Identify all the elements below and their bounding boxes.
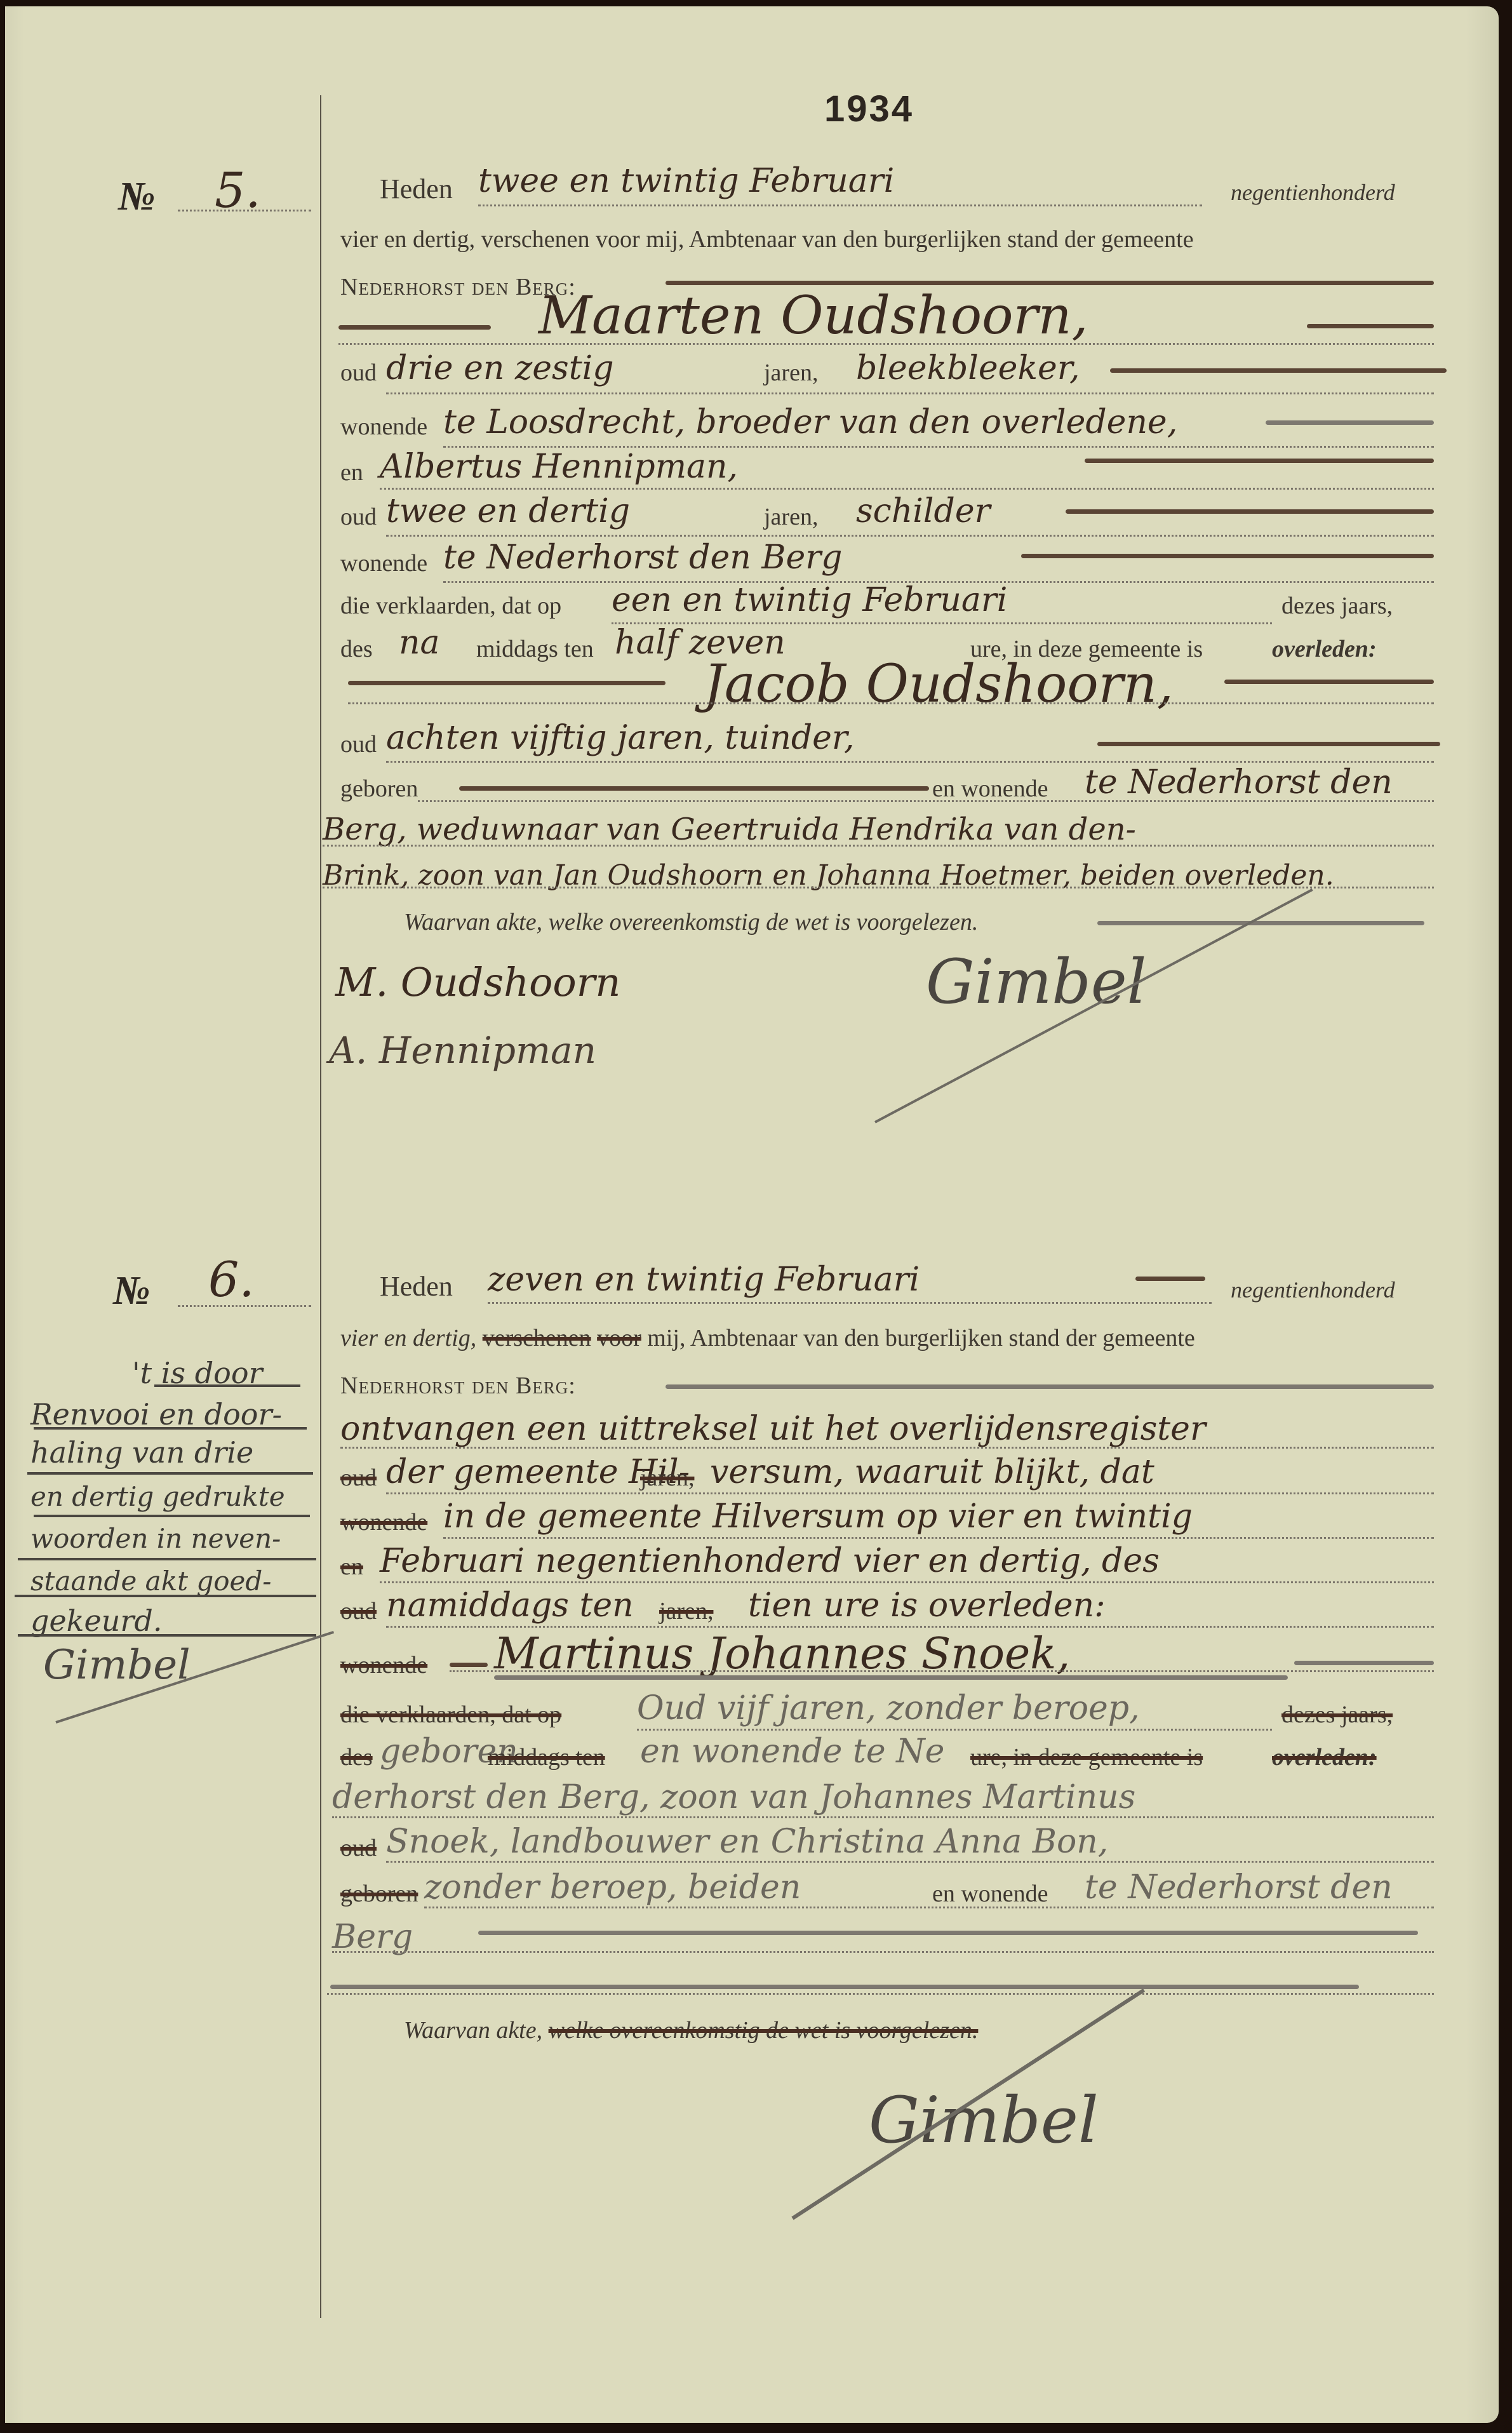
en-wonende-label: en wonende	[932, 775, 1048, 803]
struck-geboren: geboren	[340, 1880, 418, 1908]
dotted-line	[450, 1670, 1434, 1672]
struck-oud: oud	[340, 1834, 377, 1862]
residence: te Nederhorst den	[1085, 763, 1393, 801]
body-line-2b: versum, waaruit blijkt, dat	[710, 1453, 1154, 1491]
fill-stroke	[1294, 1661, 1434, 1665]
oud-label: oud	[340, 359, 377, 387]
dotted-line	[348, 702, 1434, 704]
fill-stroke	[1066, 509, 1434, 514]
signature-declarant-1: M. Oudshoorn	[335, 959, 620, 1005]
struck-verklaarden: die verklaarden, dat op	[340, 1701, 561, 1729]
note-rule	[34, 1515, 310, 1517]
struck-ure: ure, in deze gemeente is	[970, 1743, 1203, 1771]
name-underline	[494, 1675, 1288, 1680]
time-of-day: na	[399, 624, 440, 662]
des-label: des	[340, 635, 373, 663]
dotted-line	[478, 204, 1202, 206]
en-label: en	[340, 459, 363, 486]
dotted-line	[386, 1626, 1434, 1628]
wonende-label: wonende	[340, 549, 427, 577]
struck-voorgelezen: welke overeenkomstig de wet is voorgelez…	[549, 2017, 979, 2044]
note-rule	[18, 1558, 316, 1560]
dotted-line	[178, 210, 311, 211]
body-line-4: Februari negentienhonderd vier en dertig…	[380, 1542, 1160, 1580]
dotted-line	[327, 1993, 1434, 1995]
declarant2-residence: te Nederhorst den Berg	[443, 539, 842, 577]
declarant2-age: twee en dertig	[386, 492, 630, 530]
deceased-name: Jacob Oudshoorn,	[704, 654, 1174, 714]
struck-jaren: jaren,	[640, 1464, 694, 1492]
declarant2-name: Albertus Hennipman,	[380, 448, 738, 486]
negentienhonderd-label: negentienhonderd	[1231, 1277, 1395, 1303]
dotted-line	[332, 1951, 1434, 1953]
dotted-line	[380, 488, 1434, 490]
waarvan-akte-text: Waarvan akte, welke overeenkomstig de we…	[404, 2016, 978, 2044]
dotted-line	[323, 887, 1434, 888]
verklaarden-label: die verklaarden, dat op	[340, 592, 561, 620]
fill-stroke	[1021, 554, 1434, 558]
line-verschenen: vier en dertig, verschenen voor mij, Amb…	[340, 1324, 1195, 1352]
margin-signature: Gimbel	[43, 1642, 191, 1689]
note-rule	[15, 1595, 316, 1597]
fill-stroke	[1224, 680, 1434, 684]
waarvan-akte-text: Waarvan akte, welke overeenkomstig de we…	[404, 908, 978, 936]
declarant1-occupation: bleekbleeker,	[856, 349, 1080, 387]
margin-note-line: Renvooi en door-	[30, 1397, 323, 1431]
dotted-line	[443, 1537, 1434, 1539]
dotted-line	[488, 1302, 1212, 1304]
dotted-line	[386, 1492, 1434, 1494]
fill-stroke	[666, 281, 1434, 285]
dotted-line	[637, 1729, 1272, 1731]
body-line-9: derhorst den Berg, zoon van Johannes Mar…	[332, 1778, 1135, 1816]
body-line-11: zonder beroep, beiden	[424, 1868, 801, 1907]
note-rule	[34, 1427, 307, 1430]
declarant2-occupation: schilder	[856, 492, 990, 530]
negentienhonderd-label: negentienhonderd	[1231, 179, 1395, 206]
number-label: №	[118, 173, 156, 220]
wonende-label: wonende	[340, 413, 427, 441]
ambtenaar-text: mij, Ambtenaar van den burgerlijken stan…	[647, 1325, 1194, 1351]
struck-des: des	[340, 1743, 373, 1771]
fill-stroke	[666, 1384, 1434, 1389]
fill-stroke	[348, 681, 666, 685]
dotted-line	[178, 1305, 311, 1307]
waarvan-text: Waarvan akte,	[404, 2017, 542, 2044]
dotted-line	[424, 1907, 1434, 1908]
body-line-5a: namiddags ten	[386, 1586, 634, 1625]
struck-oud: oud	[340, 1597, 377, 1625]
margin-note-line: staande akt goed-	[30, 1565, 323, 1597]
note-rule	[27, 1472, 313, 1475]
struck-overleden: overleden:	[1272, 1743, 1377, 1771]
register-page: 1934 № 5. Heden twee en twintig Februari…	[5, 6, 1499, 2423]
signature-declarant-2: A. Hennipman	[329, 1029, 596, 1072]
declarant1-residence: te Loosdrecht, broeder van den overleden…	[443, 403, 1177, 441]
dotted-line	[380, 1581, 1434, 1583]
oud-label: oud	[340, 730, 377, 758]
struck-verschenen: verschenen	[483, 1325, 591, 1351]
body-line-8b: en wonende te Ne	[640, 1733, 944, 1771]
jaren-label: jaren,	[764, 359, 818, 387]
margin-note-line: en dertig gedrukte	[30, 1481, 323, 1512]
fill-stroke	[1135, 1277, 1205, 1281]
heden-label: Heden	[380, 1270, 453, 1303]
body-line-11b: te Nederhorst den	[1085, 1868, 1393, 1907]
signature-official: Gimbel	[926, 946, 1146, 1017]
dezes-jaars-label: dezes jaars,	[1281, 592, 1393, 620]
number-label: №	[113, 1267, 151, 1314]
fill-stroke	[1085, 459, 1434, 463]
body-line-7: Oud vijf jaren, zonder beroep,	[637, 1689, 1140, 1727]
handwritten-date: twee en twintig Februari	[478, 162, 894, 200]
fill-stroke	[1266, 420, 1434, 425]
en-wonende-label: en wonende	[932, 1880, 1048, 1908]
details-line-1: Berg, weduwnaar van Geertruida Hendrika …	[323, 812, 1136, 847]
fill-stroke	[1307, 324, 1434, 328]
note-rule	[18, 1634, 316, 1637]
vier-en-dertig: vier en dertig,	[340, 1325, 476, 1351]
struck-jaren: jaren,	[659, 1597, 713, 1625]
struck-oud: oud	[340, 1464, 377, 1492]
dotted-line	[338, 343, 1434, 345]
body-line-5b: tien ure is overleden:	[748, 1586, 1106, 1625]
dotted-line	[418, 800, 1434, 802]
fill-stroke	[338, 325, 491, 330]
dotted-line	[386, 535, 1434, 537]
margin-note-line: gekeurd.	[30, 1604, 323, 1638]
margin-rule	[320, 95, 321, 2318]
dotted-line	[386, 1861, 1434, 1863]
fill-stroke	[450, 1663, 488, 1667]
struck-en: en	[340, 1553, 363, 1581]
fill-stroke	[459, 786, 929, 791]
declarant1-name: Maarten Oudshoorn,	[539, 286, 1088, 346]
body-line-1: ontvangen een uittreksel uit het overlij…	[340, 1410, 1206, 1448]
dotted-line	[386, 392, 1434, 394]
dotted-line	[332, 1816, 1434, 1818]
declarant1-age: drie en zestig	[386, 349, 614, 387]
struck-dezes-jaars: dezes jaars,	[1281, 1701, 1393, 1729]
fill-stroke	[478, 1931, 1418, 1935]
handwritten-date: zeven en twintig Februari	[488, 1261, 920, 1299]
note-rule	[154, 1384, 300, 1387]
margin-note-line: woorden in neven-	[30, 1523, 323, 1554]
heden-label: Heden	[380, 173, 453, 205]
geboren-label: geboren	[340, 775, 418, 803]
deceased-age-occupation: achten vijftig jaren, tuinder,	[386, 719, 855, 757]
year-heading: 1934	[824, 88, 914, 130]
middags-ten-label: middags ten	[476, 635, 594, 663]
death-date: een en twintig Februari	[612, 581, 1007, 619]
dotted-line	[386, 761, 1434, 763]
fill-stroke	[1110, 368, 1447, 373]
dotted-line	[323, 845, 1434, 847]
fill-stroke	[1097, 921, 1424, 925]
fill-stroke	[330, 1985, 1359, 1989]
struck-voor: voor	[597, 1325, 641, 1351]
body-line-3: in de gemeente Hilversum op vier en twin…	[443, 1498, 1193, 1536]
struck-middags: middags ten	[488, 1743, 605, 1771]
body-line-10: Snoek, landbouwer en Christina Anna Bon,	[386, 1823, 1108, 1861]
jaren-label: jaren,	[764, 503, 818, 531]
struck-wonende: wonende	[340, 1651, 427, 1679]
struck-wonende: wonende	[340, 1508, 427, 1536]
body-line-12: Berg	[332, 1918, 413, 1956]
record-number: 6.	[208, 1251, 255, 1308]
margin-note-line: haling van drie	[30, 1435, 323, 1470]
line-verschenen: vier en dertig, verschenen voor mij, Amb…	[340, 225, 1194, 253]
overleden-label: overleden:	[1272, 635, 1377, 663]
oud-label: oud	[340, 503, 377, 531]
dotted-line	[340, 1447, 1434, 1449]
fill-stroke	[1097, 742, 1440, 746]
